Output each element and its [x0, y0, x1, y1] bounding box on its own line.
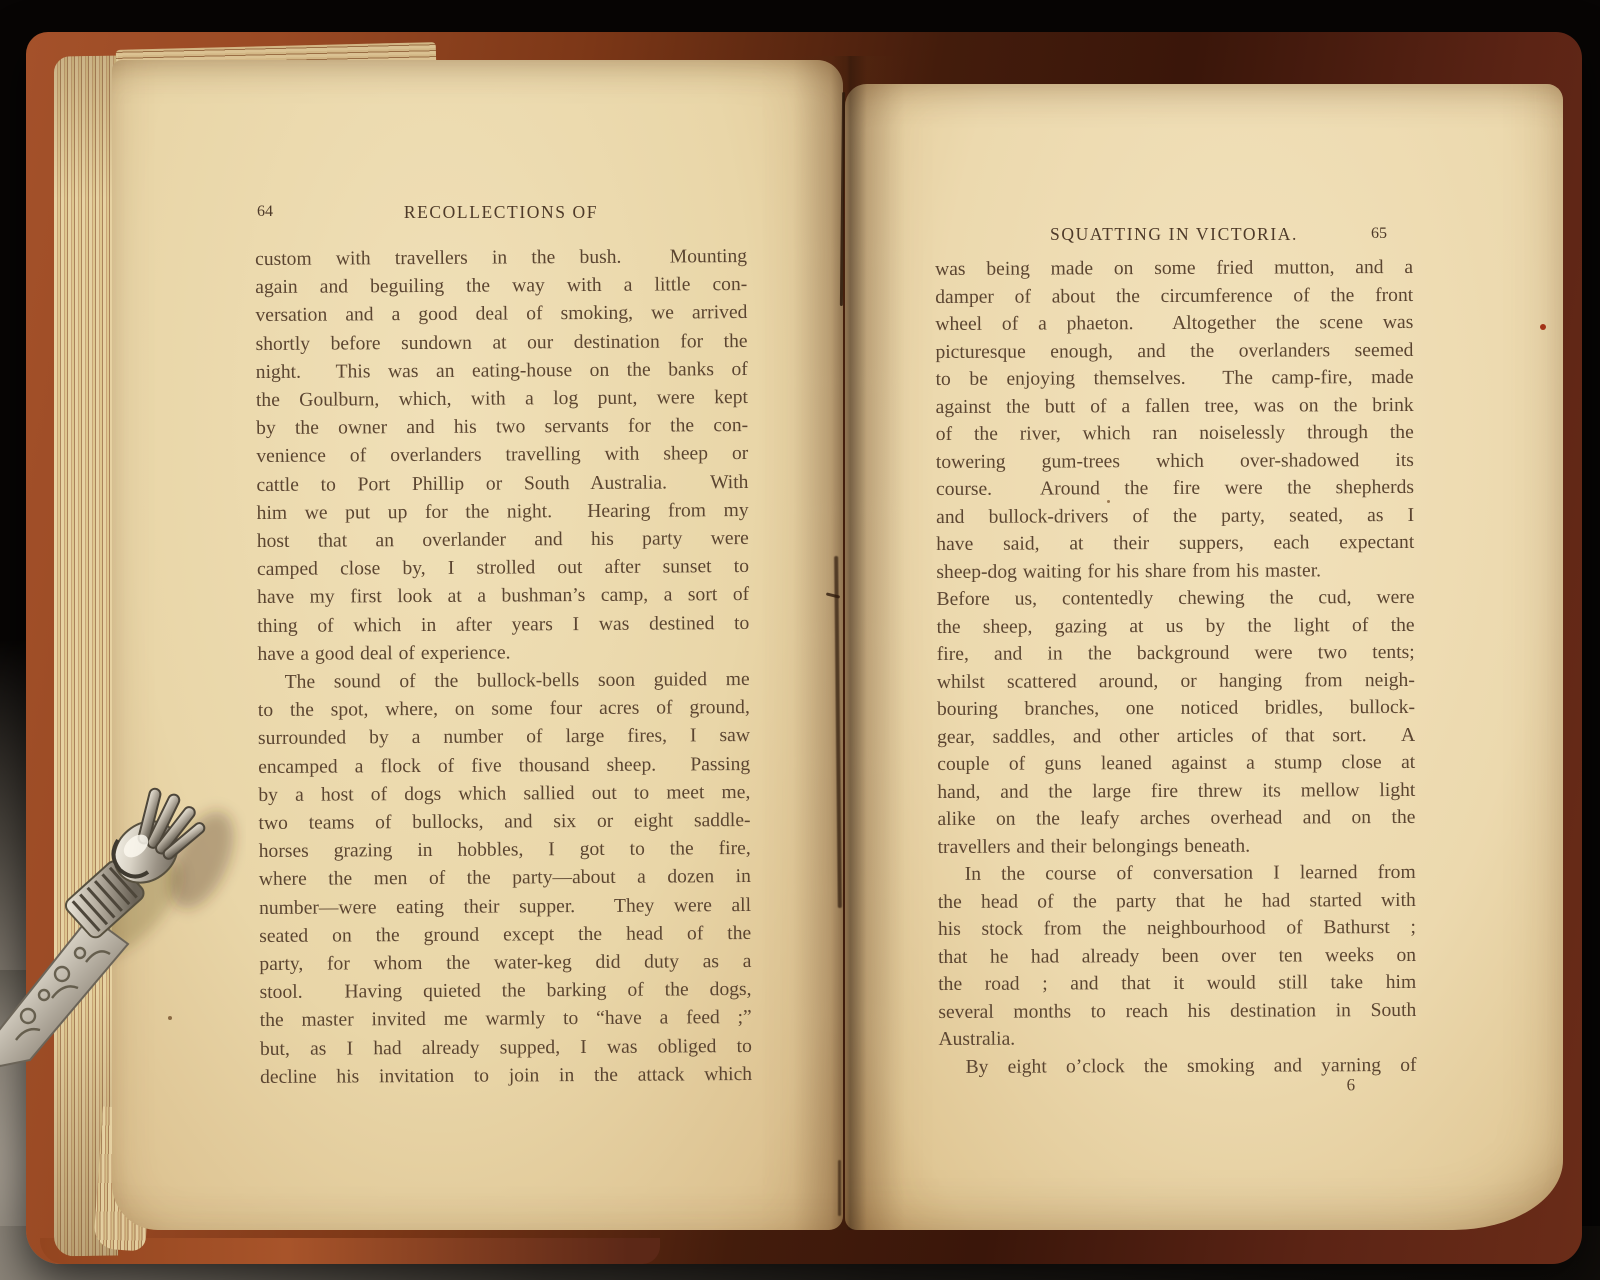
text-line: custom with travellers in the bush. Moun…: [255, 243, 747, 274]
text-line: seated on the ground except the head of …: [259, 920, 751, 951]
text-line: host that an overlander and his party we…: [257, 525, 749, 556]
text-line: camped close by, I strolled out after su…: [257, 553, 749, 584]
text-line: surrounded by a number of large fires, I…: [258, 722, 750, 753]
text-line: that he had already been over ten weeks …: [938, 941, 1416, 971]
page-edges-stack: [54, 56, 118, 1257]
text-line: was being made on some fried mutton, and…: [935, 254, 1413, 284]
text-line: fire, and in the background were two ten…: [937, 639, 1415, 669]
text-line: picturesque enough, and the overlanders …: [935, 336, 1413, 366]
text-line: where the men of the party—about a dozen…: [259, 863, 751, 894]
text-line: number—were eating their supper. They we…: [259, 892, 751, 923]
text-line: whilst scattered around, or hanging from…: [937, 666, 1415, 696]
photo-open-antique-book: 64 RECOLLECTIONS OF custom with travelle…: [0, 0, 1600, 1280]
text-line: Before us, contentedly chewing the cud, …: [936, 584, 1414, 614]
text-line: encamped a flock of five thousand sheep.…: [258, 751, 750, 782]
text-line: the Goulburn, which, with a log punt, we…: [256, 384, 748, 415]
text-line: several months to reach his destination …: [938, 996, 1416, 1026]
signature-mark-row: 6: [935, 1072, 1413, 1100]
text-line: The sound of the bullock-bells soon guid…: [258, 666, 750, 697]
text-line: In the course of conversation I learned …: [938, 859, 1416, 889]
text-line: couple of guns leaned against a stump cl…: [937, 749, 1415, 779]
text-line: him we put up for the night. Hearing fro…: [257, 497, 749, 528]
text-line: have a good deal of experience.: [257, 638, 749, 669]
text-line: night. This was an eating-house on the b…: [256, 356, 748, 387]
right-page-header: SQUATTING IN VICTORIA. 65: [935, 224, 1413, 250]
text-line: by a host of dogs which sallied out to m…: [258, 779, 750, 810]
text-line: two teams of bullocks, and six or eight …: [258, 807, 750, 838]
text-line: course. Around the fire were the shepher…: [936, 474, 1414, 504]
text-line: wheel of a phaeton. Altogether the scene…: [935, 309, 1413, 339]
left-page-number: 64: [257, 203, 273, 221]
text-line: towering gum-trees which over-shadowed i…: [936, 446, 1414, 476]
text-line: party, for whom the water-keg did duty a…: [259, 948, 751, 979]
text-line: alike on the leafy arches overhead and o…: [937, 804, 1415, 834]
text-line: damper of about the circumference of the…: [935, 281, 1413, 311]
left-running-title: RECOLLECTIONS OF: [255, 202, 747, 223]
text-line: Australia.: [938, 1024, 1416, 1054]
text-line: cattle to Port Phillip or South Australi…: [256, 469, 748, 500]
text-line: venience of overlanders travelling with …: [256, 440, 748, 471]
text-line: stool. Having quieted the barking of the…: [259, 976, 751, 1007]
text-line: and bullock-drivers of the party, seated…: [936, 501, 1414, 531]
table-surface-edge: [0, 640, 26, 970]
text-line: against the butt of a fallen tree, was o…: [936, 391, 1414, 421]
text-line: the sheep, gazing at us by the light of …: [937, 611, 1415, 641]
left-page-header: 64 RECOLLECTIONS OF: [255, 202, 747, 228]
text-line: thing of which in after years I was dest…: [257, 610, 749, 641]
signature-mark: 6: [935, 1072, 1413, 1100]
text-line: sheep-dog waiting for his share from his…: [936, 556, 1414, 586]
text-line: the head of the party that he had starte…: [938, 886, 1416, 916]
text-line: have my first look at a bushman’s camp, …: [257, 581, 749, 612]
text-line: but, as I had already supped, I was obli…: [260, 1033, 752, 1064]
text-line: his stock from the neighbourhood of Bath…: [938, 914, 1416, 944]
text-line: horses grazing in hobbles, I got to the …: [259, 835, 751, 866]
text-line: the master invited me warmly to “have a …: [260, 1004, 752, 1035]
text-line: hand, and the large fire threw its mello…: [937, 776, 1415, 806]
text-line: the road ; and that it would still take …: [938, 969, 1416, 999]
text-line: travellers and their belongings beneath.: [938, 831, 1416, 861]
text-line: versation and a good deal of smoking, we…: [255, 299, 747, 330]
right-page-number: 65: [1371, 225, 1387, 243]
right-page: SQUATTING IN VICTORIA. 65 was being made…: [845, 84, 1563, 1230]
left-page: 64 RECOLLECTIONS OF custom with travelle…: [112, 60, 843, 1230]
left-page-text: custom with travellers in the bush. Moun…: [255, 243, 752, 1092]
text-line: have said, at their suppers, each expect…: [936, 529, 1414, 559]
text-line: by the owner and his two servants for th…: [256, 412, 748, 443]
text-line: again and beguiling the way with a littl…: [255, 271, 747, 302]
text-line: to be enjoying themselves. The camp-fire…: [935, 364, 1413, 394]
text-line: decline his invitation to join in the at…: [260, 1061, 752, 1092]
text-line: to the spot, where, on some four acres o…: [258, 694, 750, 725]
right-running-title: SQUATTING IN VICTORIA.: [935, 224, 1413, 245]
text-line: of the river, which ran noiselessly thro…: [936, 419, 1414, 449]
text-line: shortly before sundown at our destinatio…: [256, 328, 748, 359]
text-line: bouring branches, one noticed bridles, b…: [937, 694, 1415, 724]
text-line: gear, saddles, and other articles of tha…: [937, 721, 1415, 751]
right-page-text: was being made on some fried mutton, and…: [935, 254, 1417, 1081]
